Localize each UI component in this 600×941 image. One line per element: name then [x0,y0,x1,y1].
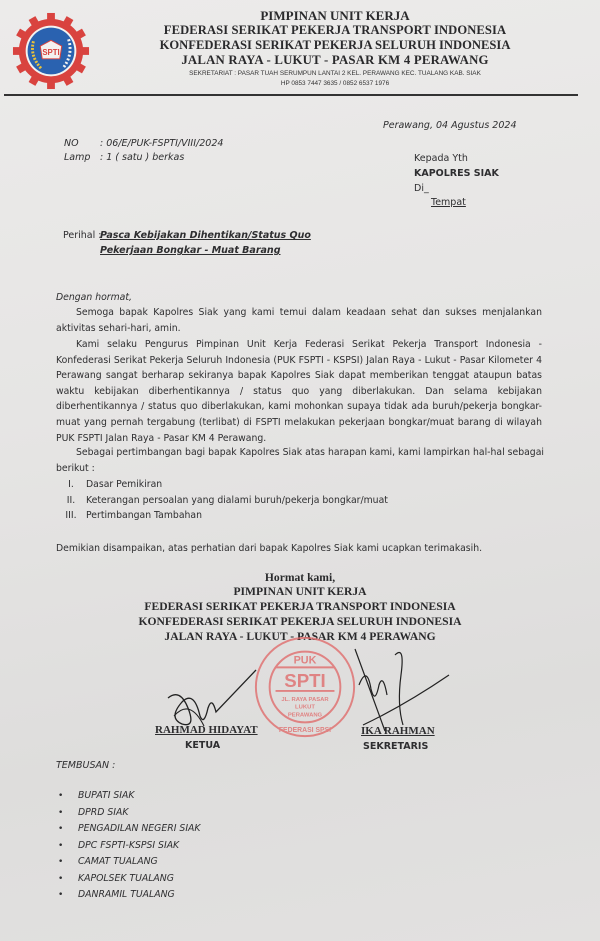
bullet-icon: • [58,871,78,888]
bullet-icon: • [58,788,78,805]
signer-2-role: SEKRETARIS [363,741,428,753]
paragraph-3: Sebagai pertimbangan bagi bapak Kapolres… [56,445,544,476]
attachment-list: I.Dasar Pemikiran II.Keterangan persoala… [56,477,388,524]
signer-2-name: IKA RAHMAN [361,725,435,737]
number-label: NO [64,138,79,150]
subject-line-1: Pasca Kebijakan Dihentikan/Status Quo [100,230,311,242]
bullet-icon: • [58,821,78,838]
greeting: Dengan hormat, [56,290,542,306]
letterhead-phone: HP 0853 7447 3635 / 0852 6537 1976 [100,80,570,87]
svg-text:PUK: PUK [294,654,317,666]
cc-item: •DANRAMIL TUALANG [58,887,201,904]
svg-text:PERAWANG: PERAWANG [288,712,323,718]
signature-unit: PIMPINAN UNIT KERJA [130,585,470,599]
closing-text: Demikian disampaikan, atas perhatian dar… [56,541,542,557]
attachment-item: III.Pertimbangan Tambahan [56,508,388,524]
cc-list: •BUPATI SIAK •DPRD SIAK •PENGADILAN NEGE… [58,788,201,904]
cc-item: •DPC FSPTI-KSPSI SIAK [58,838,201,855]
attachment-value: : 1 ( satu ) berkas [100,152,184,164]
cc-item: •KAPOLSEK TUALANG [58,871,201,888]
svg-text:JL. RAYA PASAR: JL. RAYA PASAR [281,697,329,703]
bullet-icon: • [58,838,78,855]
letterhead-federation: FEDERASI SERIKAT PEKERJA TRANSPORT INDON… [100,23,570,38]
spti-logo-icon: SPTI [12,12,90,90]
paragraph-2: Kami selaku Pengurus Pimpinan Unit Kerja… [56,337,542,446]
cc-label: TEMBUSAN : [56,760,115,772]
signature-confederation: KONFEDERASI SERIKAT PEKERJA SELURUH INDO… [130,615,470,629]
letterhead-divider [4,94,578,96]
svg-text:FEDERASI SPSI: FEDERASI SPSI [279,727,331,734]
letter-page: SPTI PIMPINAN UNIT KERJA FEDERASI SERIKA… [0,0,600,941]
signature-sekretaris-icon [345,645,455,735]
recipient-place: Tempat [431,197,466,209]
subject-line-2: Pekerjaan Bongkar - Muat Barang [100,245,281,257]
signer-1-role: KETUA [185,740,220,752]
letterhead-confederation: KONFEDERASI SERIKAT PEKERJA SELURUH INDO… [100,38,570,53]
attachment-item: I.Dasar Pemikiran [56,477,388,493]
recipient-name: KAPOLRES SIAK [414,168,499,180]
letterhead-address: JALAN RAYA - LUKUT - PASAR KM 4 PERAWANG [100,53,570,68]
bullet-icon: • [58,854,78,871]
signer-1-name: RAHMAD HIDAYAT [155,724,258,736]
cc-item: •BUPATI SIAK [58,788,201,805]
regards: Hormat kami, [130,571,470,585]
svg-text:SPTI: SPTI [284,670,325,691]
letterhead-secretariat: SEKRETARIAT : PASAR TUAH SERUMPUN LANTAI… [100,70,570,77]
number-value: : 06/E/PUK-FSPTI/VIII/2024 [100,138,223,150]
attachment-label: Lamp [64,152,90,164]
cc-item: •PENGADILAN NEGERI SIAK [58,821,201,838]
signature-federation: FEDERASI SERIKAT PEKERJA TRANSPORT INDON… [130,600,470,614]
bullet-icon: • [58,887,78,904]
attachment-item: II.Keterangan persoalan yang dialami bur… [56,493,388,509]
place-date: Perawang, 04 Agustus 2024 [383,120,516,132]
subject-label: Perihal : [63,230,101,242]
bullet-icon: • [58,805,78,822]
recipient-salutation: Kepada Yth [414,153,468,165]
cc-item: •CAMAT TUALANG [58,854,201,871]
signature-ketua-icon [160,668,270,732]
paragraph-1: Semoga bapak Kapolres Siak yang kami tem… [56,305,542,336]
svg-text:SPTI: SPTI [42,48,59,57]
letterhead-unit: PIMPINAN UNIT KERJA [100,8,570,24]
svg-text:LUKUT: LUKUT [295,705,315,711]
recipient-at: Di_ [414,183,429,195]
cc-item: •DPRD SIAK [58,805,201,822]
